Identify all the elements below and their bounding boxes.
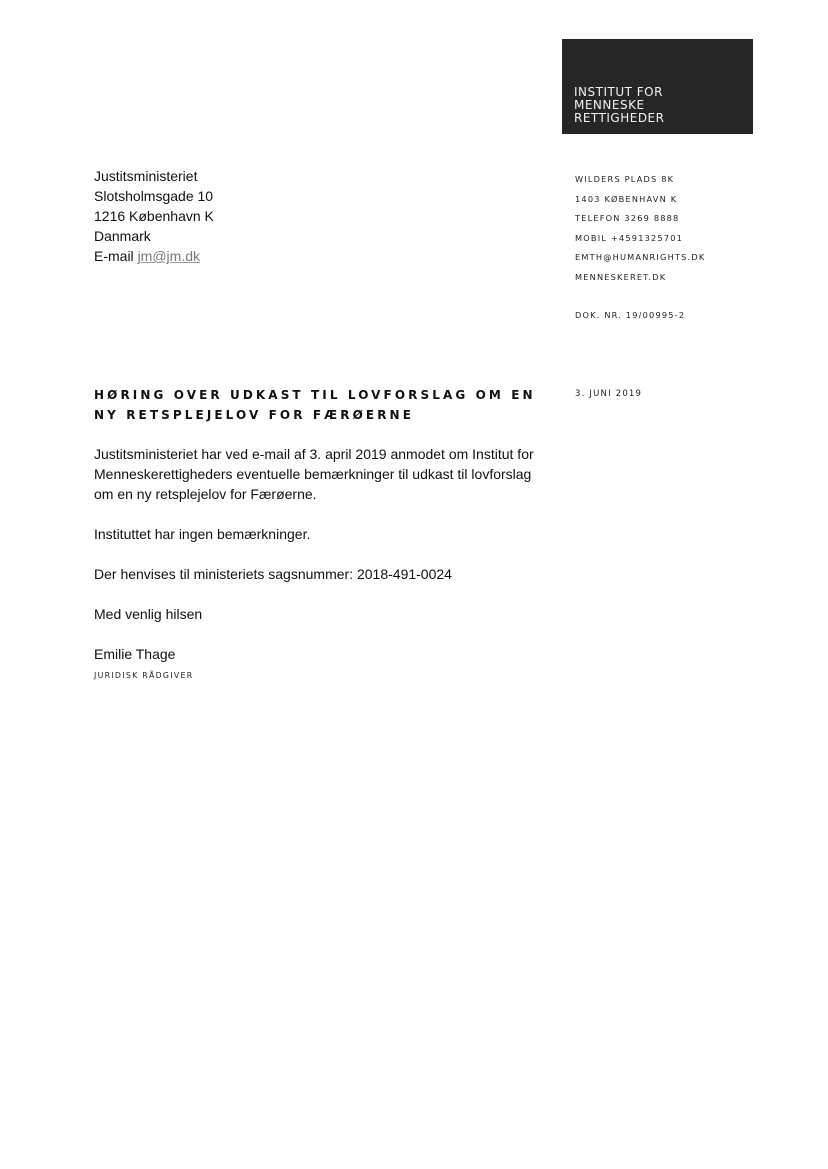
recipient-email-row: E-mail jm@jm.dk (94, 246, 214, 266)
recipient-address: Justitsministeriet Slotsholmsgade 10 121… (94, 166, 214, 266)
sender-email: EMTH@HUMANRIGHTS.DK (575, 248, 705, 268)
signature-title: JURIDISK RÅDGIVER (94, 666, 564, 686)
recipient-email-link[interactable]: jm@jm.dk (138, 248, 200, 264)
recipient-street: Slotsholmsgade 10 (94, 186, 214, 206)
sender-mobile: MOBIL +4591325701 (575, 229, 705, 249)
recipient-city: 1216 København K (94, 206, 214, 226)
letter-body: Justitsministeriet har ved e-mail af 3. … (94, 444, 564, 686)
sender-street: WILDERS PLADS 8K (575, 170, 705, 190)
letter-subject: HØRING OVER UDKAST TIL LOVFORSLAG OM EN … (94, 385, 564, 425)
recipient-name: Justitsministeriet (94, 166, 214, 186)
sender-city: 1403 KØBENHAVN K (575, 190, 705, 210)
body-paragraph: Justitsministeriet har ved e-mail af 3. … (94, 444, 546, 504)
logo-line: RETTIGHEDER (574, 112, 664, 125)
body-paragraph: Der henvises til ministeriets sagsnummer… (94, 564, 564, 584)
body-paragraph: Instituttet har ingen bemærkninger. (94, 524, 564, 544)
sender-details: WILDERS PLADS 8K 1403 KØBENHAVN K TELEFO… (575, 170, 705, 326)
letter-date: 3. JUNI 2019 (575, 389, 642, 399)
signature-name: Emilie Thage (94, 644, 564, 664)
logo-text: INSTITUT FOR MENNESKE RETTIGHEDER (574, 86, 664, 125)
recipient-country: Danmark (94, 226, 214, 246)
closing-greeting: Med venlig hilsen (94, 604, 564, 624)
institute-logo: INSTITUT FOR MENNESKE RETTIGHEDER (562, 39, 753, 134)
email-label: E-mail (94, 248, 134, 264)
sender-website: MENNESKERET.DK (575, 268, 705, 288)
sender-phone: TELEFON 3269 8888 (575, 209, 705, 229)
document-number: DOK. NR. 19/00995-2 (575, 306, 705, 326)
